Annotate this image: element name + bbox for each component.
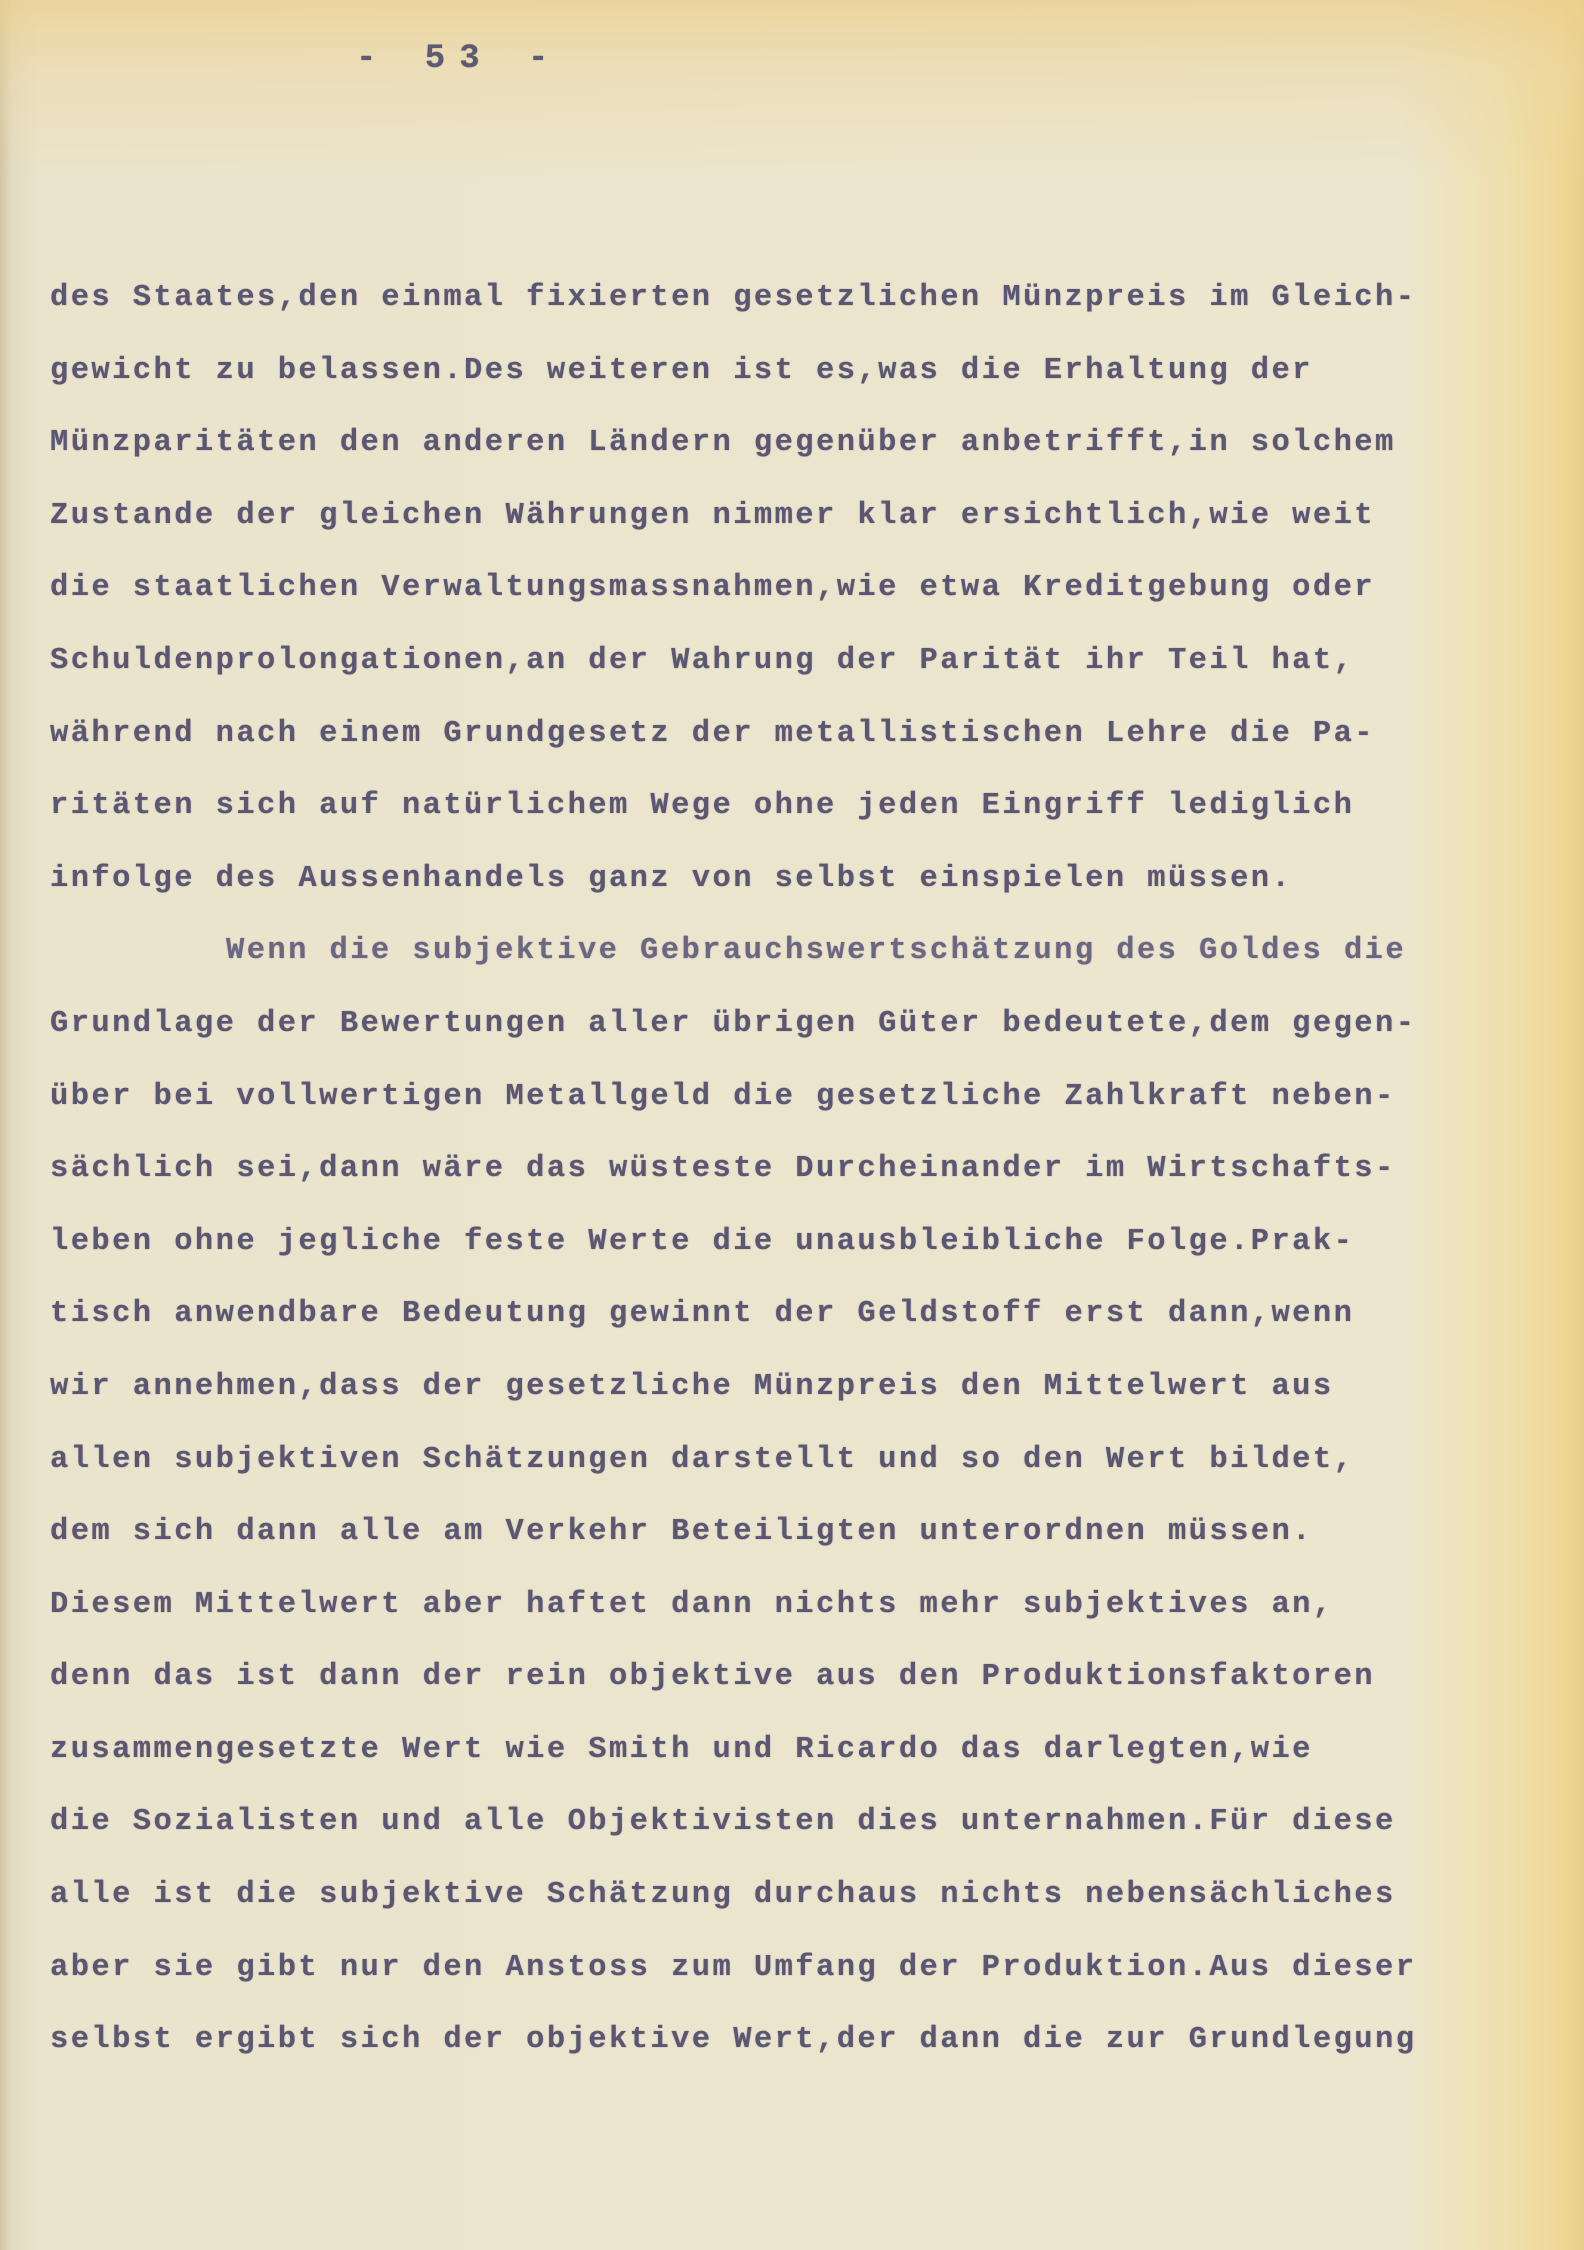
- paragraph-1: des Staates,den einmal fixierten gesetzl…: [50, 262, 1550, 915]
- text-line: selbst ergibt sich der objektive Wert,de…: [50, 2004, 1550, 2077]
- text-line: während nach einem Grundgesetz der metal…: [50, 698, 1550, 771]
- text-line: alle ist die subjektive Schätzung durcha…: [50, 1859, 1550, 1932]
- text-line-indented: Wenn die subjektive Gebrauchswertschätzu…: [50, 915, 1550, 988]
- page-number: - 53 -: [356, 40, 562, 78]
- text-line: aber sie gibt nur den Anstoss zum Umfang…: [50, 1932, 1550, 2005]
- text-line: des Staates,den einmal fixierten gesetzl…: [50, 262, 1550, 335]
- text-line: gewicht zu belassen.Des weiteren ist es,…: [50, 335, 1550, 408]
- text-line: über bei vollwertigen Metallgeld die ges…: [50, 1061, 1550, 1134]
- text-line: denn das ist dann der rein objektive aus…: [50, 1641, 1550, 1714]
- text-line: dem sich dann alle am Verkehr Beteiligte…: [50, 1496, 1550, 1569]
- text-line: die staatlichen Verwaltungsmassnahmen,wi…: [50, 552, 1550, 625]
- text-line: Schuldenprolongationen,an der Wahrung de…: [50, 625, 1550, 698]
- text-line: wir annehmen,dass der gesetzliche Münzpr…: [50, 1351, 1550, 1424]
- text-line: allen subjektiven Schätzungen darstellt …: [50, 1424, 1550, 1497]
- text-line: sächlich sei,dann wäre das wüsteste Durc…: [50, 1133, 1550, 1206]
- text-line: zusammengesetzte Wert wie Smith und Rica…: [50, 1714, 1550, 1787]
- text-line: Grundlage der Bewertungen aller übrigen …: [50, 988, 1550, 1061]
- body-text: des Staates,den einmal fixierten gesetzl…: [50, 262, 1550, 2077]
- text-line: Diesem Mittelwert aber haftet dann nicht…: [50, 1569, 1550, 1642]
- text-line: ritäten sich auf natürlichem Wege ohne j…: [50, 770, 1550, 843]
- text-line: tisch anwendbare Bedeutung gewinnt der G…: [50, 1278, 1550, 1351]
- text-line: die Sozialisten und alle Objektivisten d…: [50, 1786, 1550, 1859]
- paragraph-2: Wenn die subjektive Gebrauchswertschätzu…: [50, 915, 1550, 2077]
- text-line: Münzparitäten den anderen Ländern gegenü…: [50, 407, 1550, 480]
- text-line: infolge des Aussenhandels ganz von selbs…: [50, 843, 1550, 916]
- text-line: leben ohne jegliche feste Werte die unau…: [50, 1206, 1550, 1279]
- text-line: Zustande der gleichen Währungen nimmer k…: [50, 480, 1550, 553]
- typewritten-page: - 53 - des Staates,den einmal fixierten …: [0, 0, 1584, 2250]
